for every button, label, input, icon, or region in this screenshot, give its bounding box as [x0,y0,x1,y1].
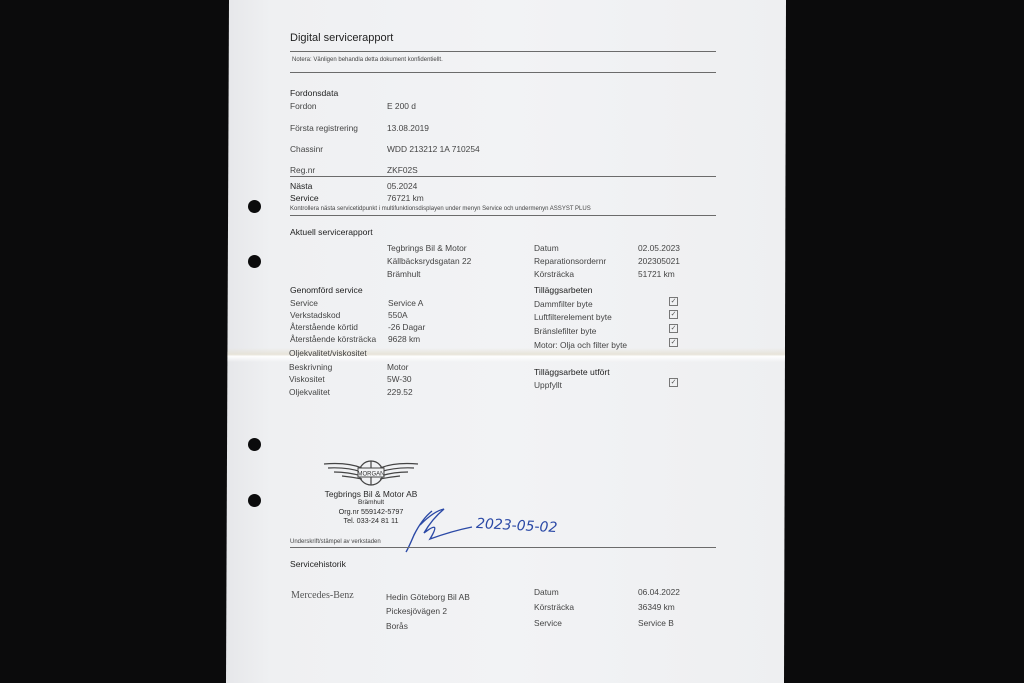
oil-label: Viskositet [289,374,325,384]
binder-hole [248,494,261,507]
workshop-line: Källbäcksrydsgatan 22 [387,256,471,266]
svg-text:MORGAN: MORGAN [358,472,385,478]
vehicle-label: Första registrering [290,123,358,133]
service-label: Återstående körtid [290,322,358,332]
workshop-line: Tegbrings Bil & Motor [387,243,467,253]
oil-value: 5W-30 [387,374,412,384]
vehicle-value: E 200 d [387,101,416,111]
morgan-wings-logo-icon: MORGAN [322,458,420,488]
current-report-heading: Aktuell servicerapport [290,227,373,237]
next-service-date: 05.2024 [387,181,417,191]
next-service-label: Nästa [290,181,312,191]
divider [290,215,716,216]
history-workshop-line: Hedin Göteborg Bil AB [386,592,470,602]
service-label: Verkstadskod [290,310,340,320]
service-value: Service A [388,298,423,308]
history-workshop-line: Borås [386,621,408,631]
vehicle-label: Fordon [290,101,317,111]
confidentiality-note: Notera: Vänligen behandla detta dokument… [292,57,443,63]
additional-done-item: Uppfyllt [534,380,562,390]
service-label: Service [290,298,318,308]
oil-value: Motor [387,362,408,372]
history-value: 06.04.2022 [638,587,680,597]
report-label: Datum [534,243,559,253]
binder-hole [248,200,261,213]
signature-caption: Underskrift/stämpel av verkstaden [290,539,381,545]
report-value: 202305021 [638,256,680,266]
mercedes-benz-logo: Mercedes-Benz [291,590,354,601]
history-label: Körsträcka [534,602,574,612]
vehicle-label: Chassinr [290,144,323,154]
next-service-mileage: 76721 km [387,193,424,203]
additional-work-item: Motor: Olja och filter byte [534,340,627,350]
service-value: 9628 km [388,334,420,344]
assyst-instruction: Kontrollera nästa servicetidpunkt i mult… [290,206,591,212]
checkbox-checked-icon: ✓ [669,378,678,387]
history-workshop-line: Pickesjövägen 2 [386,606,447,616]
binder-hole [248,438,261,451]
vehicle-value: WDD 213212 1A 710254 [387,144,480,154]
oil-value: 229.52 [387,387,413,397]
vehicle-label: Reg.nr [290,165,315,175]
checkbox-checked-icon: ✓ [669,310,678,319]
history-heading: Servicehistorik [290,559,346,569]
checkbox-checked-icon: ✓ [669,324,678,333]
report-value: 02.05.2023 [638,243,680,253]
binder-hole [248,255,261,268]
vehicle-heading: Fordonsdata [290,88,338,98]
report-label: Reparationsordernr [534,256,606,266]
history-value: 36349 km [638,602,675,612]
service-label: Återstående körsträcka [290,334,376,344]
next-service-label: Service [290,193,319,203]
oil-label: Oljekvalitet [289,387,330,397]
additional-done-heading: Tilläggsarbete utfört [534,367,610,377]
divider [290,176,716,177]
stamp-company: Tegbrings Bil & Motor AB [306,489,436,499]
performed-service-heading: Genomförd service [290,285,363,295]
oil-heading: Oljekvalitet/viskositet [289,348,367,358]
service-report-page: Digital servicerapport Notera: Vänligen … [226,0,786,683]
additional-work-heading: Tilläggsarbeten [534,285,592,295]
divider [290,72,716,73]
history-value: Service B [638,618,674,628]
checkbox-checked-icon: ✓ [669,297,678,306]
history-label: Service [534,618,562,628]
additional-work-item: Dammfilter byte [534,299,593,309]
additional-work-item: Bränslefilter byte [534,326,596,336]
additional-work-item: Luftfilterelement byte [534,312,612,322]
service-value: -26 Dagar [388,322,425,332]
divider [290,51,716,52]
document-title: Digital servicerapport [290,32,393,44]
history-label: Datum [534,587,559,597]
divider [290,547,716,548]
checkbox-checked-icon: ✓ [669,338,678,347]
oil-label: Beskrivning [289,362,332,372]
service-value: 550A [388,310,408,320]
vehicle-value: ZKF02S [387,165,418,175]
workshop-line: Brämhult [387,269,421,279]
report-label: Körsträcka [534,269,574,279]
vehicle-value: 13.08.2019 [387,123,429,133]
report-value: 51721 km [638,269,675,279]
